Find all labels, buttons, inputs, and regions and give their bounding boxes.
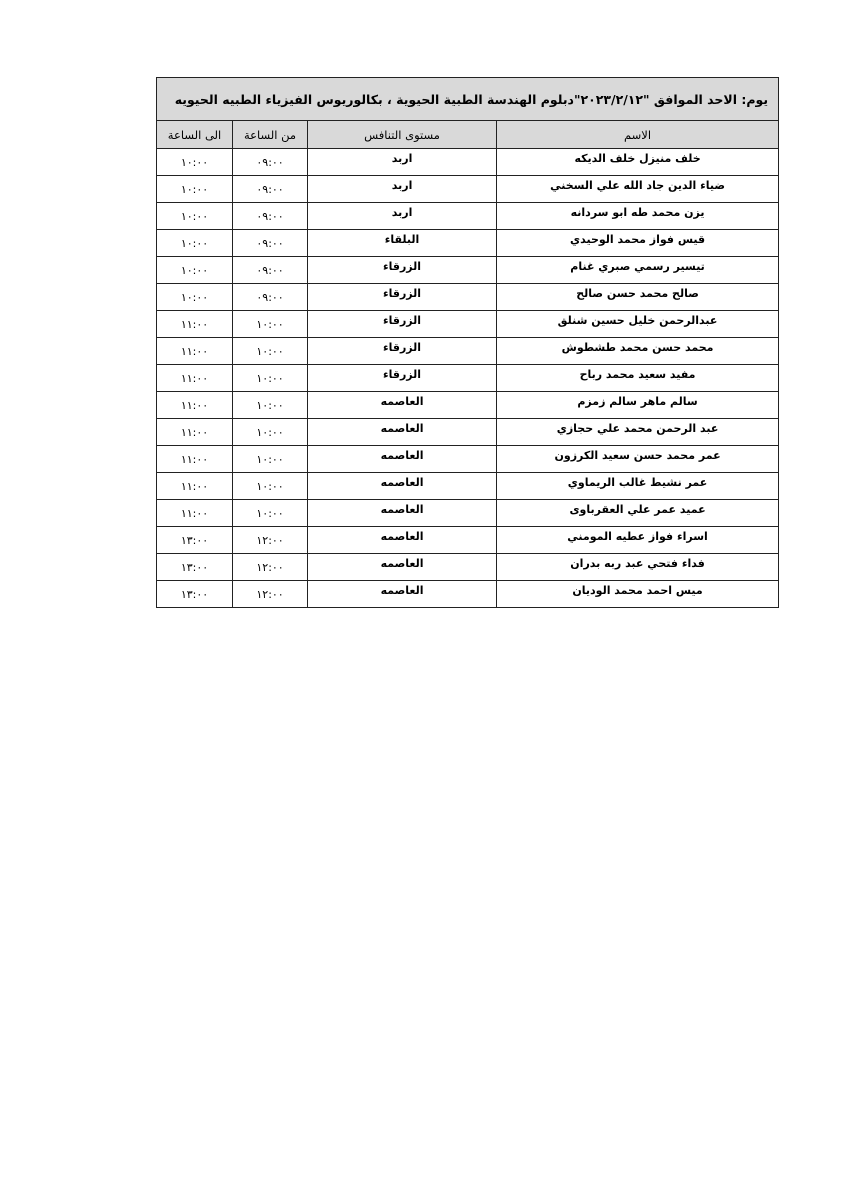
table-row: عمر نشيط غالب الريماوي العاصمه ١٠:٠٠ ١١:… [157,473,779,500]
cell-level: العاصمه [308,554,497,581]
cell-name: سالم ماهر سالم زمزم [497,392,779,419]
cell-name: ضياء الدين جاد الله علي السخني [497,176,779,203]
cell-level: العاصمه [308,581,497,608]
cell-level: اربد [308,149,497,176]
cell-level: العاصمه [308,527,497,554]
cell-to: ١٠:٠٠ [157,230,233,257]
schedule-table: يوم: الاحد الموافق "٢٠٢٣/٢/١٢"دبلوم الهن… [156,77,779,608]
cell-to: ١١:٠٠ [157,473,233,500]
cell-name: عبد الرحمن محمد علي حجازي [497,419,779,446]
cell-from: ١٠:٠٠ [233,500,308,527]
table-row: ضياء الدين جاد الله علي السخني اربد ٠٩:٠… [157,176,779,203]
cell-from: ٠٩:٠٠ [233,257,308,284]
cell-to: ١٠:٠٠ [157,149,233,176]
cell-name: اسراء فواز عطيه المومني [497,527,779,554]
cell-to: ١٣:٠٠ [157,581,233,608]
cell-from: ٠٩:٠٠ [233,230,308,257]
cell-to: ١٠:٠٠ [157,284,233,311]
cell-to: ١١:٠٠ [157,338,233,365]
cell-name: يزن محمد طه ابو سردانه [497,203,779,230]
cell-name: خلف منيزل خلف الديكه [497,149,779,176]
cell-to: ١١:٠٠ [157,365,233,392]
column-header-from: من الساعة [233,121,308,149]
cell-level: الزرقاء [308,284,497,311]
column-header-level: مستوى التنافس [308,121,497,149]
table-title: يوم: الاحد الموافق "٢٠٢٣/٢/١٢"دبلوم الهن… [157,78,779,121]
cell-to: ١١:٠٠ [157,500,233,527]
cell-from: ١٠:٠٠ [233,392,308,419]
cell-name: صالح محمد حسن صالح [497,284,779,311]
table-row: عبدالرحمن خليل حسين شنلق الزرقاء ١٠:٠٠ ١… [157,311,779,338]
table-row: اسراء فواز عطيه المومني العاصمه ١٢:٠٠ ١٣… [157,527,779,554]
cell-from: ١٠:٠٠ [233,365,308,392]
cell-to: ١١:٠٠ [157,446,233,473]
cell-from: ١٠:٠٠ [233,311,308,338]
table-row: تيسير رسمي صبري غنام الزرقاء ٠٩:٠٠ ١٠:٠٠ [157,257,779,284]
cell-from: ١٢:٠٠ [233,581,308,608]
table-row: محمد حسن محمد طشطوش الزرقاء ١٠:٠٠ ١١:٠٠ [157,338,779,365]
cell-level: اربد [308,176,497,203]
cell-from: ١٢:٠٠ [233,527,308,554]
table-row: عميد عمر علي العقرباوى العاصمه ١٠:٠٠ ١١:… [157,500,779,527]
table-row: ميس احمد محمد الوديان العاصمه ١٢:٠٠ ١٣:٠… [157,581,779,608]
table-row: سالم ماهر سالم زمزم العاصمه ١٠:٠٠ ١١:٠٠ [157,392,779,419]
cell-name: تيسير رسمي صبري غنام [497,257,779,284]
cell-from: ١٠:٠٠ [233,446,308,473]
table-body: خلف منيزل خلف الديكه اربد ٠٩:٠٠ ١٠:٠٠ ضي… [157,149,779,608]
column-header-name: الاسم [497,121,779,149]
cell-level: العاصمه [308,500,497,527]
table-title-row: يوم: الاحد الموافق "٢٠٢٣/٢/١٢"دبلوم الهن… [157,78,779,121]
cell-level: الزرقاء [308,338,497,365]
cell-to: ١٠:٠٠ [157,203,233,230]
cell-name: عمر نشيط غالب الريماوي [497,473,779,500]
table-row: يزن محمد طه ابو سردانه اربد ٠٩:٠٠ ١٠:٠٠ [157,203,779,230]
cell-to: ١٠:٠٠ [157,176,233,203]
column-header-row: الاسم مستوى التنافس من الساعة الى الساعة [157,121,779,149]
cell-name: عميد عمر علي العقرباوى [497,500,779,527]
cell-to: ١٠:٠٠ [157,257,233,284]
cell-from: ١٠:٠٠ [233,473,308,500]
cell-level: الزرقاء [308,311,497,338]
cell-to: ١١:٠٠ [157,392,233,419]
cell-from: ٠٩:٠٠ [233,149,308,176]
cell-to: ١١:٠٠ [157,419,233,446]
table-row: صالح محمد حسن صالح الزرقاء ٠٩:٠٠ ١٠:٠٠ [157,284,779,311]
cell-from: ٠٩:٠٠ [233,176,308,203]
cell-name: عمر محمد حسن سعيد الكرزون [497,446,779,473]
cell-level: العاصمه [308,419,497,446]
cell-level: العاصمه [308,392,497,419]
cell-name: ميس احمد محمد الوديان [497,581,779,608]
cell-level: اربد [308,203,497,230]
cell-to: ١١:٠٠ [157,311,233,338]
cell-level: العاصمه [308,446,497,473]
cell-level: الزرقاء [308,257,497,284]
cell-name: مفيد سعيد محمد رباح [497,365,779,392]
cell-to: ١٣:٠٠ [157,554,233,581]
cell-to: ١٣:٠٠ [157,527,233,554]
cell-name: عبدالرحمن خليل حسين شنلق [497,311,779,338]
table-row: عمر محمد حسن سعيد الكرزون العاصمه ١٠:٠٠ … [157,446,779,473]
cell-from: ١٢:٠٠ [233,554,308,581]
cell-name: فداء فتحي عبد ربه بدران [497,554,779,581]
cell-level: الزرقاء [308,365,497,392]
cell-name: محمد حسن محمد طشطوش [497,338,779,365]
cell-level: البلقاء [308,230,497,257]
cell-from: ١٠:٠٠ [233,338,308,365]
cell-level: العاصمه [308,473,497,500]
column-header-to: الى الساعة [157,121,233,149]
table-row: قيس فواز محمد الوحيدي البلقاء ٠٩:٠٠ ١٠:٠… [157,230,779,257]
cell-name: قيس فواز محمد الوحيدي [497,230,779,257]
table-row: فداء فتحي عبد ربه بدران العاصمه ١٢:٠٠ ١٣… [157,554,779,581]
cell-from: ٠٩:٠٠ [233,203,308,230]
table-row: مفيد سعيد محمد رباح الزرقاء ١٠:٠٠ ١١:٠٠ [157,365,779,392]
cell-from: ٠٩:٠٠ [233,284,308,311]
table-row: خلف منيزل خلف الديكه اربد ٠٩:٠٠ ١٠:٠٠ [157,149,779,176]
table-row: عبد الرحمن محمد علي حجازي العاصمه ١٠:٠٠ … [157,419,779,446]
cell-from: ١٠:٠٠ [233,419,308,446]
